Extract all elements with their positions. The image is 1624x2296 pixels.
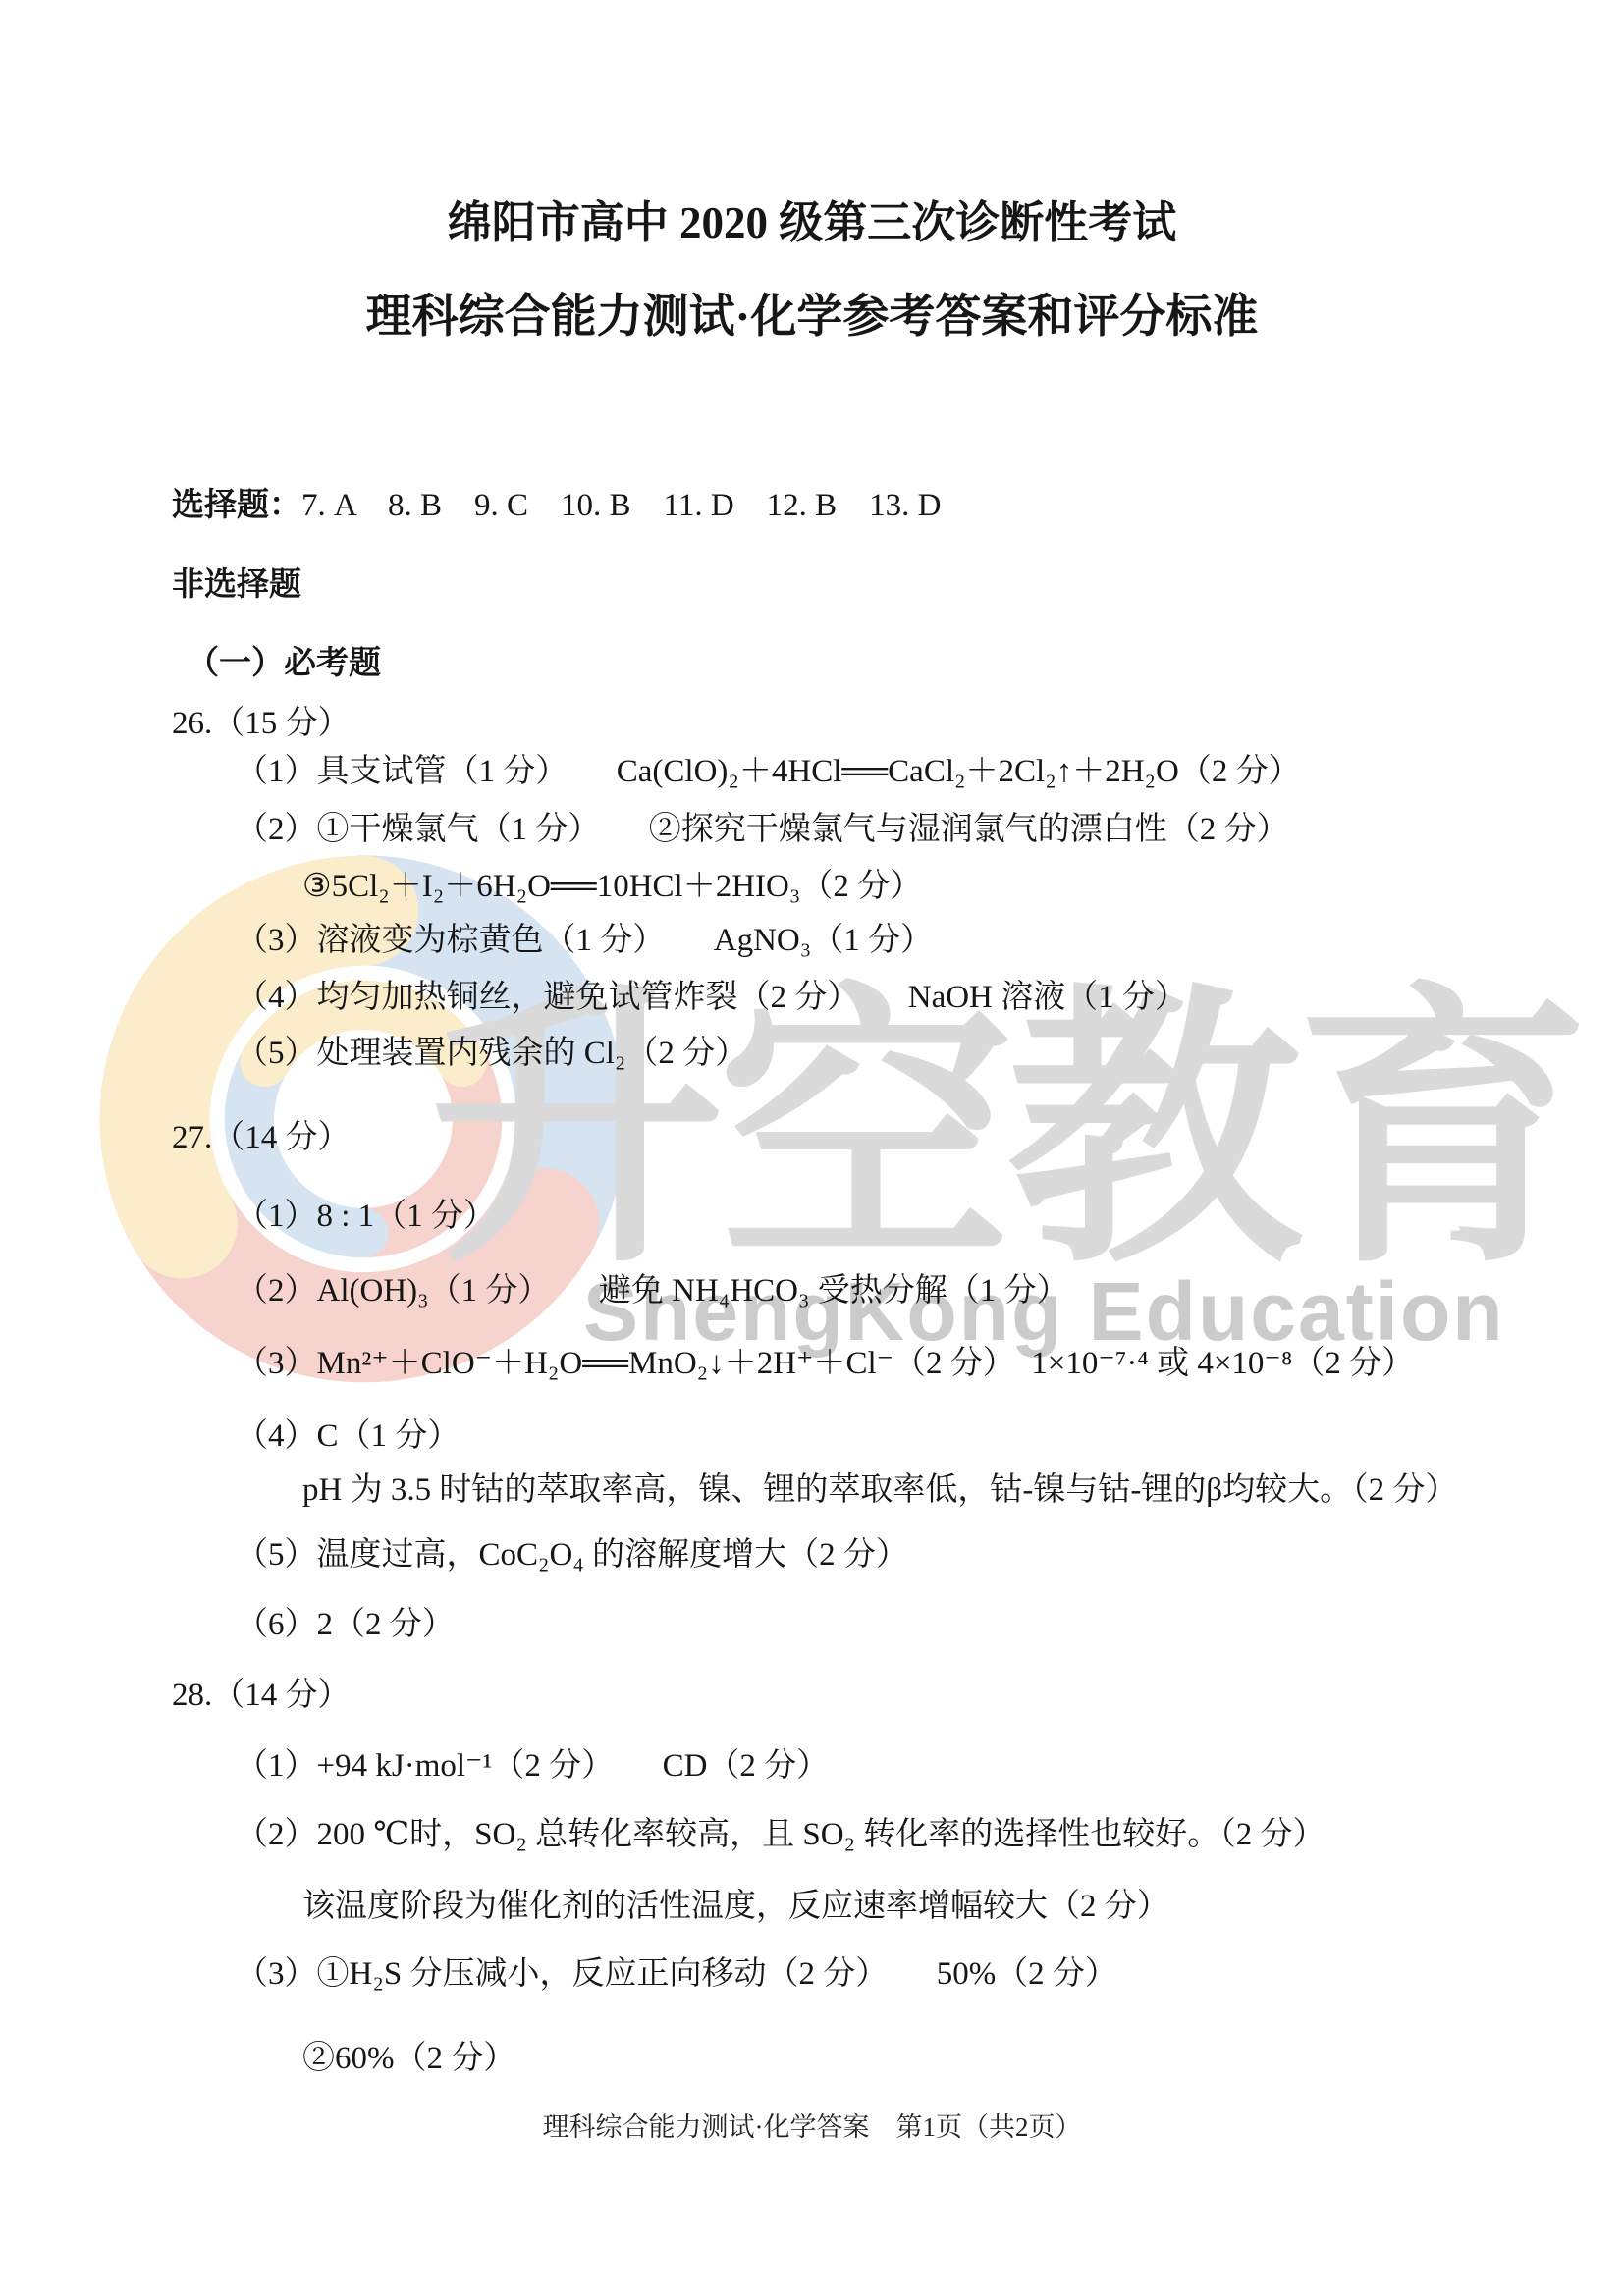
q27-line-5: pH 为 3.5 时钴的萃取率高，镍、锂的萃取率低，钴-镍与钴-锂的β均较大。（… <box>302 1469 1457 1512</box>
section-heading-non-choice: 非选择题 <box>172 564 301 607</box>
q27-line-3: （3）Mn²⁺＋ClO⁻＋H₂O══MnO₂↓＋2H⁺＋Cl⁻（2 分） 1×1… <box>236 1343 1414 1385</box>
q27-number: 27.（14 分） <box>172 1117 351 1159</box>
page-title: 绵阳市高中 2020 级第三次诊断性考试 <box>0 194 1624 252</box>
choice-label: 选择题： <box>172 488 301 523</box>
q27-line-1: （1）8 : 1（1 分） <box>236 1196 496 1238</box>
q27-line-7: （6）2（2 分） <box>236 1604 455 1646</box>
page-subtitle: 理科综合能力测试·化学参考答案和评分标准 <box>0 288 1624 347</box>
q28-line-3: 该温度阶段为催化剂的活性温度，反应速率增幅较大（2 分） <box>302 1886 1169 1928</box>
answer-sheet-page: 升空教育 ShengKong Education 绵阳市高中 2020 级第三次… <box>0 0 1624 2296</box>
q26-line-6: （5）处理装置内残余的 Cl₂（2 分） <box>236 1033 747 1075</box>
q28-number: 28.（14 分） <box>172 1675 351 1717</box>
q27-line-6: （5）温度过高，CoC₂O₄ 的溶解度增大（2 分） <box>236 1534 908 1576</box>
q26-line-3: ③5Cl₂＋I₂＋6H₂O══10HCl＋2HIO₃（2 分） <box>302 866 922 908</box>
q27-line-4: （4）C（1 分） <box>236 1415 460 1458</box>
q27-line-2: （2）Al(OH)₃（1 分） 避免 NH₄HCO₃ 受热分解（1 分） <box>236 1270 1069 1312</box>
q28-line-2: （2）200 ℃时，SO₂ 总转化率较高，且 SO₂ 转化率的选择性也较好。（2… <box>236 1814 1326 1856</box>
q26-line-5: （4）均匀加热铜丝，避免试管炸裂（2 分） NaOH 溶液（1 分） <box>236 977 1187 1019</box>
page-footer: 理科综合能力测试·化学答案 第1页（共2页） <box>0 2110 1624 2145</box>
document-content: 绵阳市高中 2020 级第三次诊断性考试 理科综合能力测试·化学参考答案和评分标… <box>0 0 1624 2296</box>
section-heading-part-one: （一）必考题 <box>187 643 381 685</box>
q28-line-1: （1）+94 kJ·mol⁻¹（2 分） CD（2 分） <box>236 1745 829 1788</box>
choice-answers-line: 选择题：7. A 8. B 9. C 10. B 11. D 12. B 13.… <box>172 485 942 527</box>
q26-line-2: （2）①干燥氯气（1 分） ②探究干燥氯气与湿润氯气的漂白性（2 分） <box>236 809 1289 851</box>
choice-answers: 7. A 8. B 9. C 10. B 11. D 12. B 13. D <box>301 488 942 523</box>
q28-line-4: （3）①H₂S 分压减小，反应正向移动（2 分） 50%（2 分） <box>236 1953 1117 1996</box>
q26-number: 26.（15 分） <box>172 703 351 745</box>
q26-line-1: （1）具支试管（1 分） Ca(ClO)₂＋4HCl══CaCl₂＋2Cl₂↑＋… <box>236 751 1301 793</box>
q26-line-4: （3）溶液变为棕黄色（1 分） AgNO₃（1 分） <box>236 920 933 962</box>
q28-line-5: ②60%（2 分） <box>302 2038 515 2080</box>
